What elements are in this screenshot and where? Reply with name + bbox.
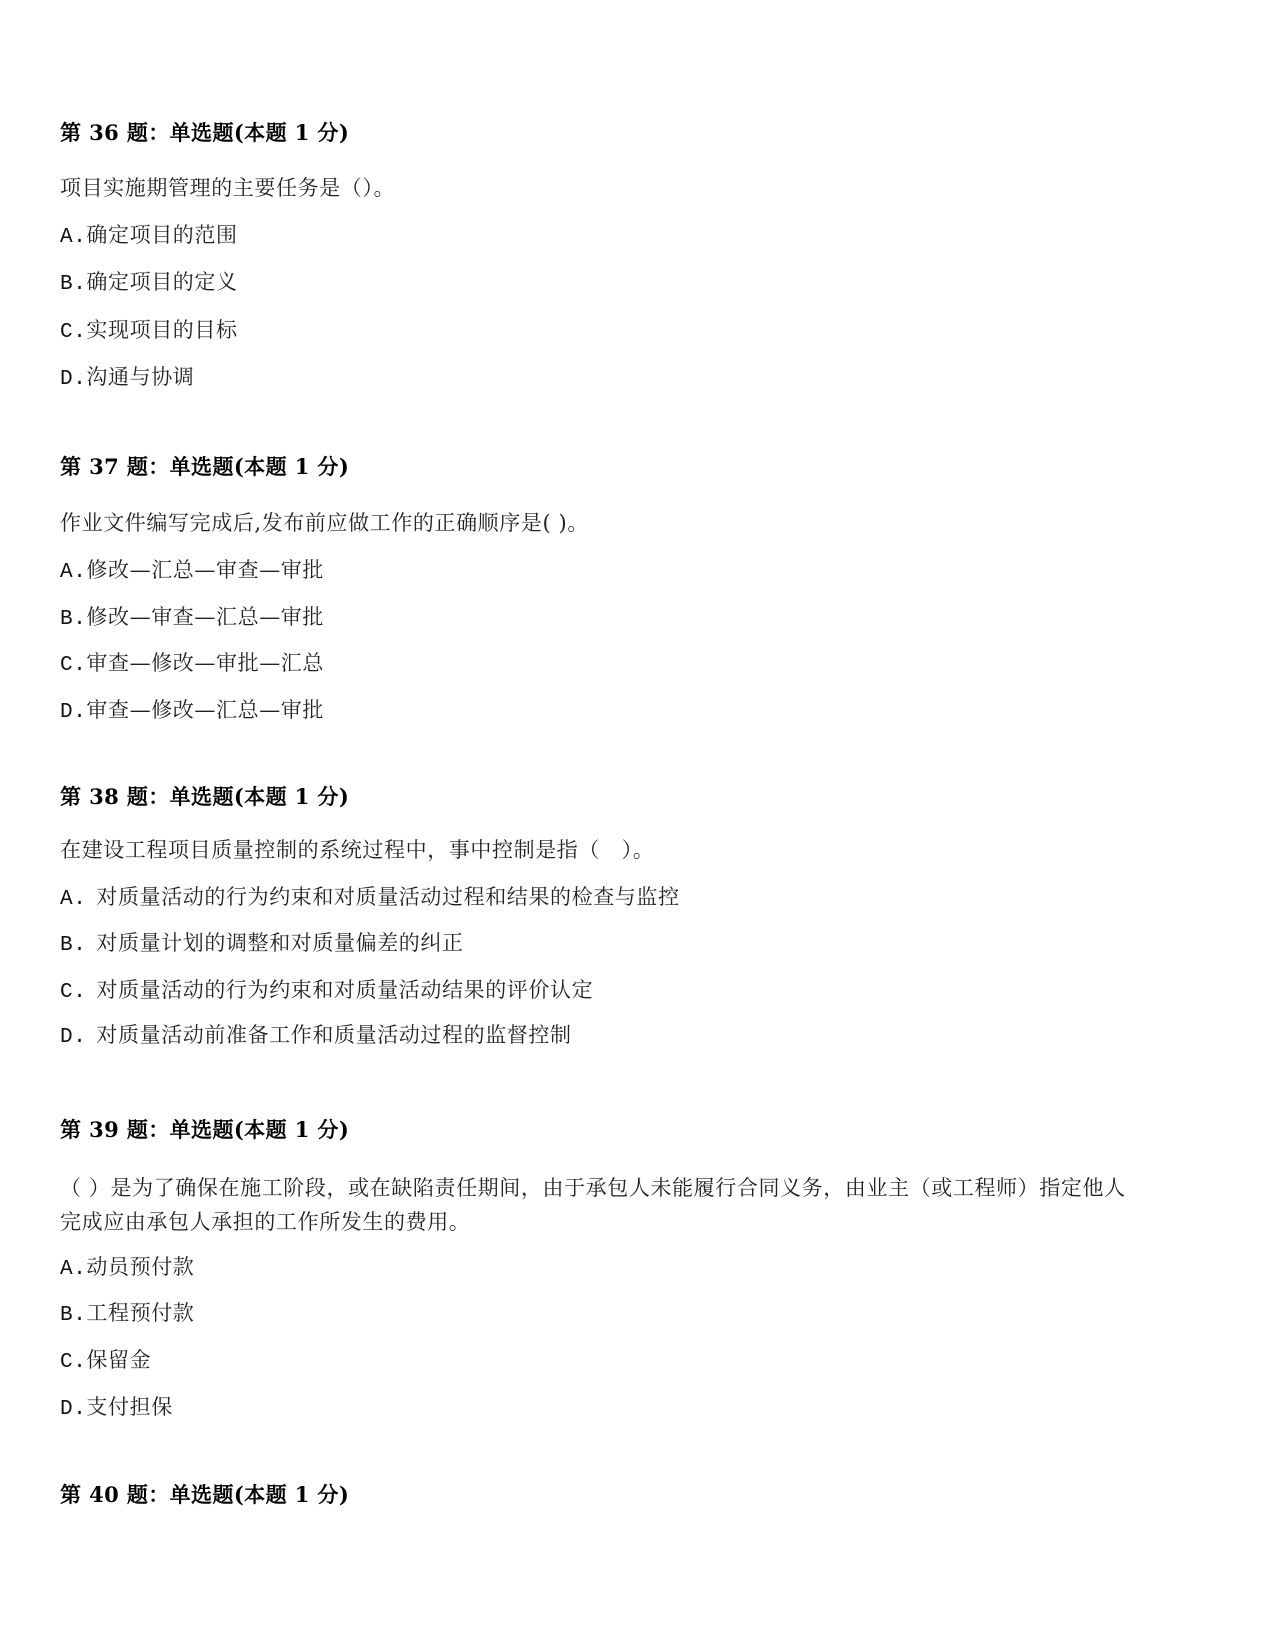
option-letter: A. — [60, 888, 86, 911]
option-letter: B. — [60, 273, 86, 296]
option-c: C.保留金 — [60, 1344, 151, 1376]
option-a: A.修改—汇总—审查—审批 — [60, 554, 324, 586]
option-letter: C. — [60, 321, 86, 344]
option-c: C.对质量活动的行为约束和对质量活动结果的评价认定 — [60, 974, 593, 1006]
option-c: C.实现项目的目标 — [60, 314, 238, 346]
option-text: 实现项目的目标 — [86, 318, 237, 342]
option-letter: D. — [60, 701, 86, 724]
option-text: 工程预付款 — [86, 1301, 194, 1325]
option-text: 对质量活动的行为约束和对质量活动结果的评价认定 — [96, 978, 593, 1002]
option-letter: D. — [60, 1026, 86, 1049]
option-letter: B. — [60, 1304, 86, 1327]
option-letter: A. — [60, 561, 86, 584]
question-heading: 第 39 题：单选题(本题 1 分) — [60, 1114, 349, 1146]
option-a: A.对质量活动的行为约束和对质量活动过程和结果的检查与监控 — [60, 881, 680, 913]
option-text: 审查—修改—汇总—审批 — [86, 698, 324, 722]
option-b: B.确定项目的定义 — [60, 266, 238, 298]
option-letter: A. — [60, 1258, 86, 1281]
option-text: 对质量活动前准备工作和质量活动过程的监督控制 — [96, 1023, 571, 1047]
option-d: D.审查—修改—汇总—审批 — [60, 694, 324, 726]
option-text: 对质量活动的行为约束和对质量活动过程和结果的检查与监控 — [96, 885, 679, 909]
question-text: 项目实施期管理的主要任务是（）。 — [60, 172, 395, 204]
question-text-line-2: 完成应由承包人承担的工作所发生的费用。 — [60, 1206, 470, 1238]
option-text: 沟通与协调 — [86, 365, 194, 389]
option-text: 支付担保 — [86, 1395, 172, 1419]
question-heading: 第 37 题：单选题(本题 1 分) — [60, 451, 349, 483]
option-b: B.修改—审查—汇总—审批 — [60, 601, 324, 633]
option-d: D.对质量活动前准备工作和质量活动过程的监督控制 — [60, 1019, 572, 1051]
question-text: 在建设工程项目质量控制的系统过程中，事中控制是指（ ）。 — [60, 834, 654, 866]
option-a: A.动员预付款 — [60, 1251, 194, 1283]
option-d: D.支付担保 — [60, 1391, 173, 1423]
question-text-line-1: （ ）是为了确保在施工阶段，或在缺陷责任期间，由于承包人未能履行合同义务，由业主… — [60, 1172, 1126, 1204]
option-text: 对质量计划的调整和对质量偏差的纠正 — [96, 931, 463, 955]
option-letter: C. — [60, 981, 86, 1004]
question-heading: 第 38 题：单选题(本题 1 分) — [60, 781, 349, 813]
option-d: D.沟通与协调 — [60, 361, 194, 393]
option-c: C.审查—修改—审批—汇总 — [60, 647, 324, 679]
option-letter: C. — [60, 1351, 86, 1374]
option-text: 修改—审查—汇总—审批 — [86, 605, 324, 629]
option-letter: B. — [60, 934, 86, 957]
question-heading: 第 40 题：单选题(本题 1 分) — [60, 1479, 349, 1511]
option-letter: D. — [60, 368, 86, 391]
option-b: B.工程预付款 — [60, 1297, 194, 1329]
option-letter: C. — [60, 654, 86, 677]
option-letter: B. — [60, 608, 86, 631]
option-b: B.对质量计划的调整和对质量偏差的纠正 — [60, 927, 464, 959]
option-letter: D. — [60, 1398, 86, 1421]
question-heading: 第 36 题：单选题(本题 1 分) — [60, 117, 349, 149]
option-text: 保留金 — [86, 1348, 151, 1372]
option-text: 修改—汇总—审查—审批 — [86, 558, 324, 582]
question-text: 作业文件编写完成后,发布前应做工作的正确顺序是( )。 — [60, 507, 589, 539]
option-text: 确定项目的定义 — [86, 270, 237, 294]
option-letter: A. — [60, 226, 86, 249]
option-a: A.确定项目的范围 — [60, 219, 238, 251]
option-text: 审查—修改—审批—汇总 — [86, 651, 324, 675]
option-text: 确定项目的范围 — [86, 223, 237, 247]
option-text: 动员预付款 — [86, 1255, 194, 1279]
